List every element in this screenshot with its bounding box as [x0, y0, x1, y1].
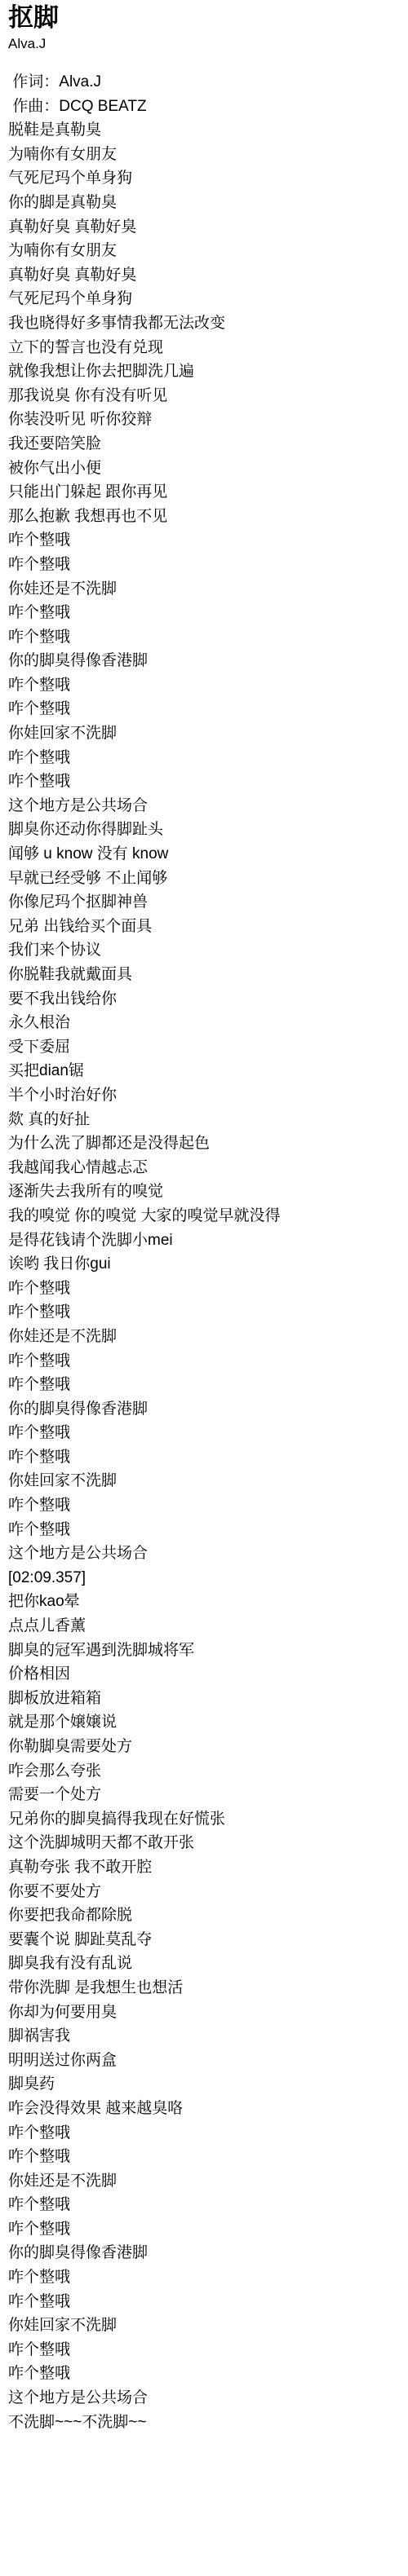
lyric-line: 价格相因 — [8, 1662, 400, 1687]
lyric-line: 是得花钱请个洗脚小mei — [8, 1228, 400, 1253]
lyric-line: 咋个整哦 — [8, 553, 400, 577]
lyric-line: 把你kao晕 — [8, 1590, 400, 1614]
lyric-line: 需要一个处方 — [8, 1783, 400, 1807]
lyric-line: 脚臭药 — [8, 2072, 400, 2097]
lyric-line: 我还要陪笑脸 — [8, 432, 400, 457]
lyric-line: 气死尼玛个单身狗 — [8, 287, 400, 311]
lyric-line: 立下的誓言也没有兑现 — [8, 336, 400, 360]
lyric-line: 我的嗅觉 你的嗅觉 大家的嗅觉早就没得 — [8, 1204, 400, 1228]
lyric-line: 你娃还是不洗脚 — [8, 577, 400, 602]
lyric-line: 咋会那么夸张 — [8, 1759, 400, 1784]
lyric-line: 点点儿香薰 — [8, 1614, 400, 1639]
lyric-line: 咋个整哦 — [8, 601, 400, 625]
lyric-line: 咋个整哦 — [8, 2265, 400, 2290]
lyric-line: 咋个整哦 — [8, 528, 400, 553]
lyric-line: 脚臭我有没有乱说 — [8, 1952, 400, 1976]
lyric-line: 你的脚臭得像香港脚 — [8, 2241, 400, 2265]
lyrics-page: 抠脚 Alva.J 作词：Alva.J 作曲：DCQ BEATZ 脱鞋是真勒臭为… — [0, 0, 408, 2576]
lyric-line: 闻够 u know 没有 know — [8, 842, 400, 867]
lyric-line: 永久根治 — [8, 1011, 400, 1035]
lyric-line: 脚板放进箱箱 — [8, 1687, 400, 1711]
lyric-line: 气死尼玛个单身狗 — [8, 166, 400, 191]
lyric-line: 咋个整哦 — [8, 1421, 400, 1445]
lyric-line: 为喃你有女朋友 — [8, 143, 400, 167]
credit-line: 作曲：DCQ BEATZ — [8, 95, 400, 119]
lyric-line: 兄弟 出钱给买个面具 — [8, 915, 400, 939]
lyric-line: 我们来个协议 — [8, 938, 400, 963]
artist-name: Alva.J — [8, 36, 400, 52]
lyric-line: 咋个整哦 — [8, 1300, 400, 1325]
lyric-line: 你像尼玛个抠脚神兽 — [8, 890, 400, 915]
credit-line: 作词：Alva.J — [8, 70, 400, 95]
lyric-line: 半个小时治好你 — [8, 1083, 400, 1108]
lyric-line: 你的脚是真勒臭 — [8, 191, 400, 215]
lyric-line: 咋个整哦 — [8, 770, 400, 794]
lyric-line: 要囊个说 脚趾莫乱夺 — [8, 1928, 400, 1952]
lyric-line: 咋个整哦 — [8, 625, 400, 650]
lyric-line: 咋个整哦 — [8, 2362, 400, 2386]
lyric-line: 诶哟 我日你gui — [8, 1252, 400, 1277]
lyric-line: 你却为何要用臭 — [8, 2000, 400, 2025]
lyric-line: 就像我想让你去把脚洗几遍 — [8, 359, 400, 384]
lyric-line: 咋会没得效果 越来越臭咯 — [8, 2097, 400, 2121]
lyric-line: 不洗脚~~~不洗脚~~ — [8, 2411, 400, 2435]
lyric-line: 这个地方是公共场合 — [8, 794, 400, 818]
lyric-line: 真勒好臭 真勒好臭 — [8, 215, 400, 240]
lyric-line: 这个地方是公共场合 — [8, 1542, 400, 1566]
lyric-line: 你脱鞋我就戴面具 — [8, 963, 400, 987]
lyric-line: 你的脚臭得像香港脚 — [8, 1397, 400, 1422]
lyric-line: 真勒好臭 真勒好臭 — [8, 263, 400, 288]
lyric-line: 真勒夸张 我不敢开腔 — [8, 1855, 400, 1880]
lyric-line: 咋个整哦 — [8, 746, 400, 770]
lyric-line: 被你气出小便 — [8, 457, 400, 481]
lyric-line: 明明送过你两盒 — [8, 2049, 400, 2073]
lyric-line: 兄弟你的脚臭搞得我现在好慌张 — [8, 1807, 400, 1832]
lyric-line: 为喃你有女朋友 — [8, 239, 400, 263]
lyric-line: 咋个整哦 — [8, 697, 400, 721]
song-title: 抠脚 — [8, 3, 400, 33]
lyric-line: 受下委屈 — [8, 1035, 400, 1060]
lyric-line: 要不我出钱给你 — [8, 987, 400, 1012]
lyric-line: 你要把我命都除脱 — [8, 1903, 400, 1928]
lyric-line: 你娃还是不洗脚 — [8, 2169, 400, 2194]
lyric-line: 脱鞋是真勒臭 — [8, 118, 400, 143]
lyric-line: 咋个整哦 — [8, 1349, 400, 1374]
lyric-line: 你娃还是不洗脚 — [8, 1325, 400, 1349]
lyric-line: 只能出门躲起 跟你再见 — [8, 480, 400, 505]
lyric-line: 就是那个嬢嬢说 — [8, 1710, 400, 1735]
lyric-line: 逐渐失去我所有的嗅觉 — [8, 1180, 400, 1204]
lyric-line: 咋个整哦 — [8, 2338, 400, 2362]
lyric-line: 咋个整哦 — [8, 2145, 400, 2169]
lyric-line: [02:09.357] — [8, 1566, 400, 1590]
lyric-line: 带你洗脚 是我想生也想活 — [8, 1976, 400, 2000]
credits-block: 作词：Alva.J 作曲：DCQ BEATZ — [8, 70, 400, 118]
lyric-line: 你要不要处方 — [8, 1880, 400, 1904]
lyric-line: 你装没听见 听你狡辩 — [8, 408, 400, 432]
lyric-line: 这个洗脚城明天都不敢开张 — [8, 1831, 400, 1855]
lyric-line: 那我说臭 你有没有听见 — [8, 384, 400, 408]
lyric-line: 咋个整哦 — [8, 1445, 400, 1470]
lyric-line: 脚祸害我 — [8, 2024, 400, 2049]
lyric-line: 咋个整哦 — [8, 2290, 400, 2314]
lyrics-block: 脱鞋是真勒臭为喃你有女朋友气死尼玛个单身狗你的脚是真勒臭真勒好臭 真勒好臭为喃你… — [8, 118, 400, 2434]
lyric-line: 咋个整哦 — [8, 2121, 400, 2146]
lyric-line: 那么抱歉 我想再也不见 — [8, 505, 400, 529]
lyric-line: 咋个整哦 — [8, 2193, 400, 2217]
lyric-line: 你娃回家不洗脚 — [8, 721, 400, 746]
lyric-line: 这个地方是公共场合 — [8, 2386, 400, 2411]
lyric-line: 脚臭的冠军遇到洗脚城将军 — [8, 1639, 400, 1663]
lyric-line: 咋个整哦 — [8, 1493, 400, 1518]
lyric-line: 买把dian锯 — [8, 1059, 400, 1083]
lyric-line: 咋个整哦 — [8, 1277, 400, 1301]
lyric-line: 你娃回家不洗脚 — [8, 1469, 400, 1493]
lyric-line: 咋个整哦 — [8, 1373, 400, 1397]
lyric-line: 脚臭你还动你得脚趾头 — [8, 818, 400, 842]
lyric-line: 早就已经受够 不止闻够 — [8, 867, 400, 891]
lyric-line: 咋个整哦 — [8, 1518, 400, 1542]
lyric-line: 你的脚臭得像香港脚 — [8, 649, 400, 673]
lyric-line: 你勒脚臭需要处方 — [8, 1735, 400, 1759]
lyric-line: 咋个整哦 — [8, 673, 400, 698]
lyric-line: 咋个整哦 — [8, 2217, 400, 2242]
lyric-line: 为什么洗了脚都还是没得起色 — [8, 1131, 400, 1156]
lyric-line: 欻 真的好扯 — [8, 1108, 400, 1132]
lyric-line: 你娃回家不洗脚 — [8, 2314, 400, 2338]
lyric-line: 我也晓得好多事情我都无法改变 — [8, 311, 400, 336]
lyric-line: 我越闻我心情越忐忑 — [8, 1156, 400, 1180]
